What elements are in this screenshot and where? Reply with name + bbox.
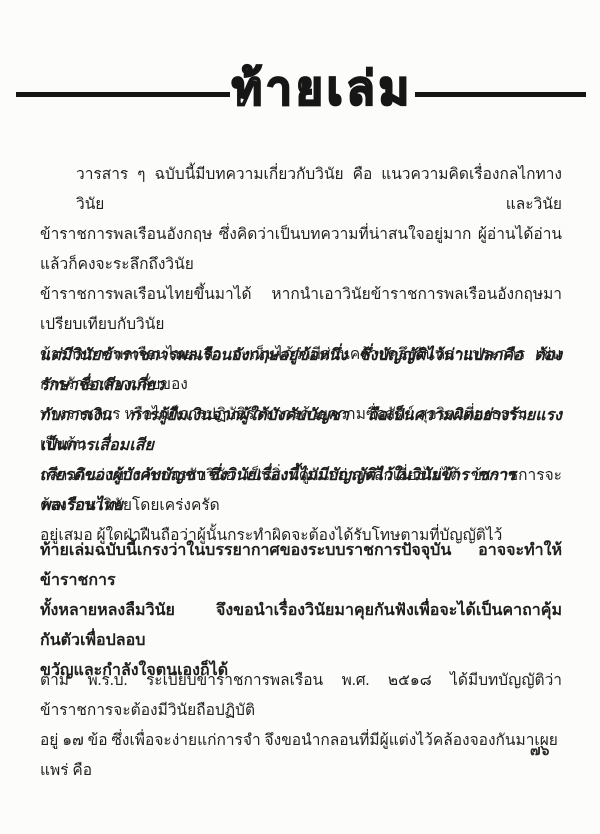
header-rule-left [16,92,230,97]
text-line: กับการเงิน การกู้ยืมเงินจากผู้ใต้บังคับบ… [40,401,562,461]
header-rule-right [415,92,586,97]
section-title: ท้ายเล่ม [232,66,413,112]
section-header: ท้ายเล่ม [0,58,600,120]
text-line: ท้ายเล่มฉบับนี้เกรงว่าในบรรยากาศของระบบร… [40,536,562,596]
text-line: แต่มีวินัยข้าราชการพลเรือนอังกฤษอยู่ข้อห… [40,341,562,401]
paragraph-act-reference: ตาม พ.ร.บ. ระเบียบข้าราชการพลเรือน พ.ศ. … [40,666,562,786]
page-number: ๗๖ [530,740,549,762]
paragraph-editorial-note: ท้ายเล่มฉบับนี้เกรงว่าในบรรยากาศของระบบร… [40,536,562,686]
text-line: ข้าราชการพลเรือนอังกฤษ ซึ่งคิดว่าเป็นบทค… [40,220,562,280]
text-line: ตาม พ.ร.บ. ระเบียบข้าราชการพลเรือน พ.ศ. … [40,666,562,726]
scanned-magazine-page: ท้ายเล่ม วารสาร ๆ ฉบับนี้มีบทความเกี่ยวก… [0,0,600,834]
text-line: ข้าราชการพลเรือนไทยขึ้นมาได้ หากนำเอาวิน… [40,280,562,340]
text-line: อยู่ ๑๗ ข้อ ซึ่งเพื่อจะง่ายแก่การจำ จึงข… [40,726,562,786]
text-line: ทั้งหลายหลงลืมวินัย จึงขอนำเรื่องวินัยมา… [40,596,562,656]
text-line: วารสาร ๆ ฉบับนี้มีบทความเกี่ยวกับวินัย ค… [40,160,562,220]
text-line: กล่าวกันว่าข้าราชการกับวินัย เป็นสิ่งที่… [40,461,562,521]
